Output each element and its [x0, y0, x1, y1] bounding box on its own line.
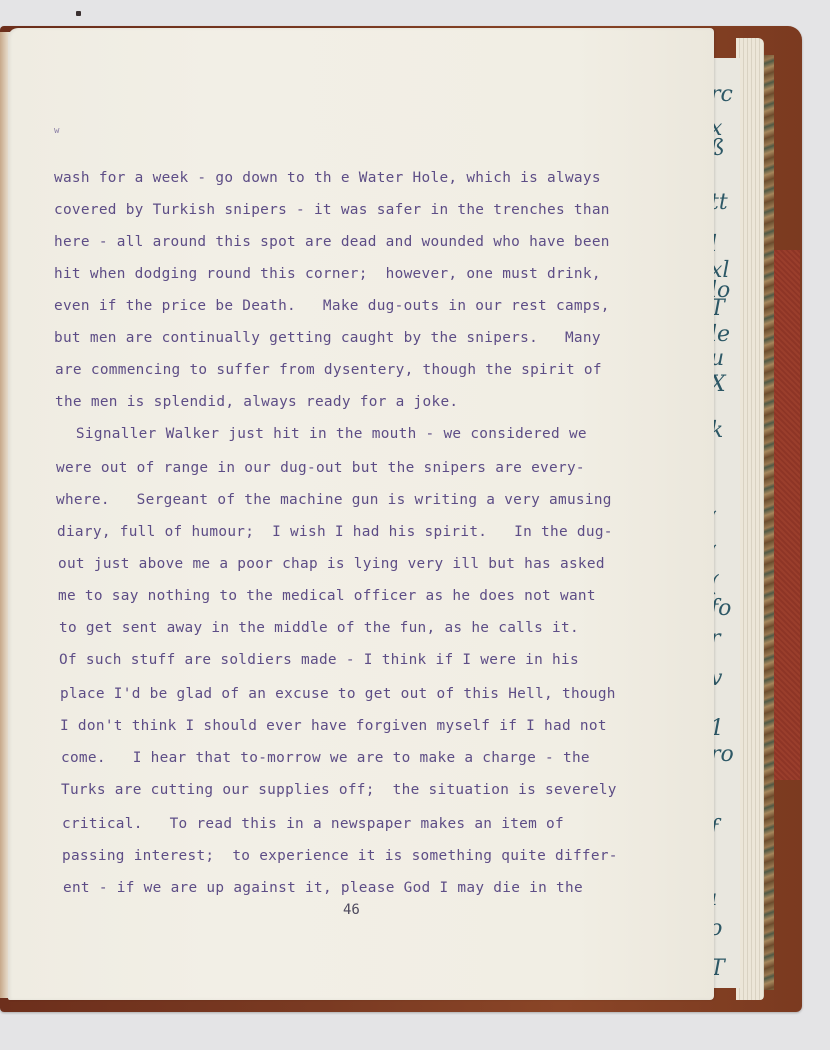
text-line: covered by Turkish snipers - it was safe… — [54, 200, 610, 220]
text-line: wash for a week - go down to th e Water … — [54, 168, 601, 188]
text-line: to get sent away in the middle of the fu… — [59, 618, 579, 638]
text-line: out just above me a poor chap is lying v… — [58, 554, 605, 574]
text-line: Signaller Walker just hit in the mouth -… — [58, 424, 587, 444]
stray-typed-mark: w — [54, 126, 59, 136]
text-line: I don't think I should ever have forgive… — [60, 716, 607, 736]
text-line: me to say nothing to the medical officer… — [58, 586, 596, 606]
text-line: Turks are cutting our supplies off; the … — [61, 780, 617, 800]
page-number: 46 — [343, 902, 360, 918]
text-line: Of such stuff are soldiers made - I thin… — [59, 650, 579, 670]
text-line: were out of range in our dug-out but the… — [56, 458, 585, 478]
text-line: critical. To read this in a newspaper ma… — [62, 814, 564, 834]
text-line: ent - if we are up against it, please Go… — [63, 878, 583, 898]
text-line: the men is splendid, always ready for a … — [55, 392, 458, 412]
text-line: passing interest; to experience it is so… — [62, 846, 618, 866]
text-line: even if the price be Death. Make dug-out… — [54, 296, 610, 316]
cover-cloth-strip — [772, 250, 800, 780]
text-line: hit when dodging round this corner; howe… — [54, 264, 601, 284]
text-line: come. I hear that to-morrow we are to ma… — [61, 748, 590, 768]
speck-mark — [76, 11, 81, 16]
text-line: here - all around this spot are dead and… — [54, 232, 610, 252]
text-line: but men are continually getting caught b… — [54, 328, 601, 348]
text-line: place I'd be glad of an excuse to get ou… — [60, 684, 616, 704]
text-line: diary, full of humour; I wish I had his … — [57, 522, 613, 542]
text-line: where. Sergeant of the machine gun is wr… — [56, 490, 612, 510]
text-line: are commencing to suffer from dysentery,… — [55, 360, 602, 380]
page-stack-edge — [736, 38, 764, 1000]
